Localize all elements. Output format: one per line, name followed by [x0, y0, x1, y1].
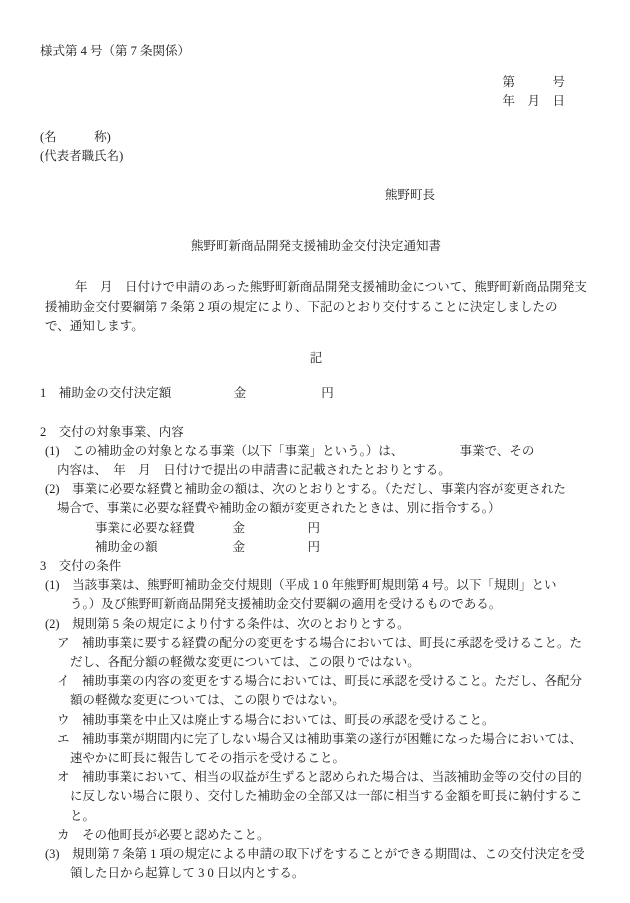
- document-line: (1) この補助金の対象となる事業（以下「事業」という。）は、 事業で、その: [40, 442, 592, 461]
- document-line: [40, 403, 592, 422]
- recipient-representative-line: (代表者職氏名): [40, 147, 592, 166]
- document-line: (3) 規則第 7 条第 1 項の規定による申請の取下げをすることができる期間は…: [40, 845, 592, 864]
- document-line: う。）及び熊野町新商品開発支援補助金交付要綱の適用を受けるものである。: [40, 595, 592, 614]
- document-line: イ 補助事業の内容の変更をする場合においては、町長に承認を受けること。ただし、各…: [40, 672, 592, 691]
- opening-paragraph-line: 年 月 日付けで申請のあった熊野町新商品開発支援補助金について、熊野町新商品開発…: [40, 278, 592, 297]
- document-line: 事業に必要な経費 金 円: [40, 519, 592, 538]
- document-line: ウ 補助事業を中止又は廃止する場合においては、町長の承認を受けること。: [40, 711, 592, 730]
- doc-date-line: 年 月 日: [40, 92, 565, 111]
- document-line: 3 交付の条件: [40, 557, 592, 576]
- document-line: 速やかに町長に報告してその指示を受けること。: [40, 749, 592, 768]
- document-body: 1 補助金の交付決定額 金 円2 交付の対象事業、内容(1) この補助金の対象と…: [40, 384, 592, 883]
- document-line: 額の軽微な変更については、この限りではない。: [40, 691, 592, 710]
- document-line: 補助金の額 金 円: [40, 538, 592, 557]
- opening-paragraph: 年 月 日付けで申請のあった熊野町新商品開発支援補助金について、熊野町新商品開発…: [40, 278, 592, 336]
- recipient-name-line: (名 称): [40, 128, 592, 147]
- document-line: オ 補助事業において、相当の収益が生ずると認められた場合は、当該補助金等の交付の…: [40, 768, 592, 787]
- document-line: カ その他町長が必要と認めたこと。: [40, 826, 592, 845]
- record-marker: 記: [40, 349, 592, 368]
- document-line: 内容は、 年 月 日付けで提出の申請書に記載されたとおりとする。: [40, 461, 592, 480]
- document-line: (2) 規則第 5 条の規定により付する条件は、次のとおりとする。: [40, 615, 592, 634]
- document-title: 熊野町新商品開発支援補助金交付決定通知書: [40, 237, 592, 256]
- document-line: (2) 事業に必要な経費と補助金の額は、次のとおりとする。（ただし、事業内容が変…: [40, 480, 592, 499]
- document-page: 様式第 4 号（第 7 条関係） 第 号 年 月 日 (名 称) (代表者職氏名…: [0, 0, 630, 903]
- form-number: 様式第 4 号（第 7 条関係）: [40, 42, 592, 61]
- document-line: 領した日から起算して 3 0 日以内とする。: [40, 864, 592, 883]
- issuer-line: 熊野町長: [40, 186, 592, 205]
- document-line: エ 補助事業が期間内に完了しない場合又は補助事業の遂行が困難になった場合において…: [40, 730, 592, 749]
- document-line: に反しない場合に限り、交付した補助金の全部又は一部に相当する金額を町長に納付する…: [40, 787, 592, 806]
- doc-number-line: 第 号: [40, 73, 565, 92]
- document-line: 1 補助金の交付決定額 金 円: [40, 384, 592, 403]
- opening-paragraph-line: で、通知します。: [40, 317, 592, 336]
- addressee-block: (名 称) (代表者職氏名): [40, 128, 592, 166]
- document-line: と。: [40, 807, 592, 826]
- document-line: (1) 当該事業は、熊野町補助金交付規則（平成 1 0 年熊野町規則第 4 号。…: [40, 576, 592, 595]
- document-line: 2 交付の対象事業、内容: [40, 423, 592, 442]
- document-line: 場合で、事業に必要な経費や補助金の額が変更されたときは、別に指令する。）: [40, 499, 592, 518]
- doc-number-block: 第 号 年 月 日: [40, 73, 592, 111]
- document-line: だし、各配分額の軽微な変更については、この限りではない。: [40, 653, 592, 672]
- document-line: ア 補助事業に要する経費の配分の変更をする場合においては、町長に承認を受けること…: [40, 634, 592, 653]
- opening-paragraph-line: 援補助金交付要綱第 7 条第 2 項の規定により、下記のとおり交付することに決定…: [40, 298, 592, 317]
